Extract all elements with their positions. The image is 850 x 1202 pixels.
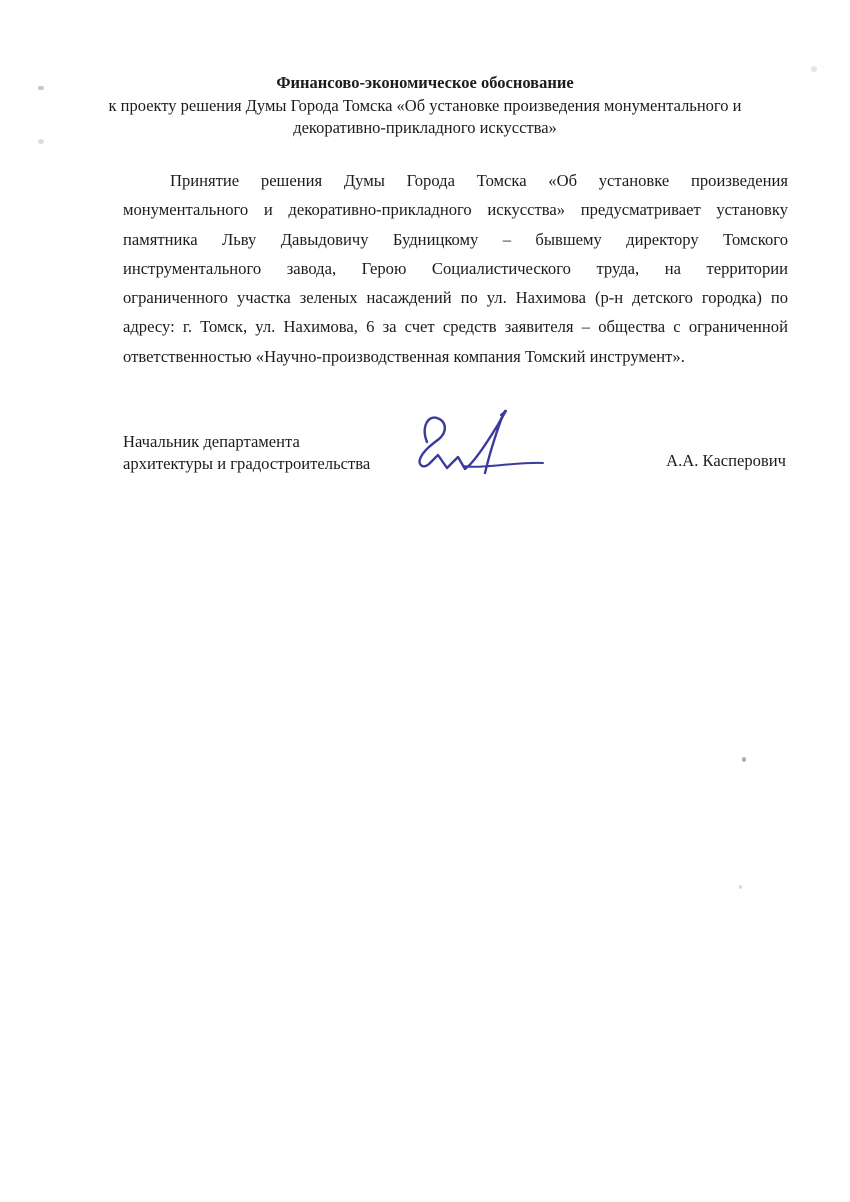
body-line: Принятие решения Думы Города Томска «Об …	[123, 166, 788, 195]
document-subtitle-line-2: декоративно-прикладного искусства»	[70, 117, 780, 140]
body-line: памятника Льву Давыдовичу Будницкому – б…	[123, 225, 788, 254]
scan-speck	[739, 885, 742, 889]
scan-speck	[38, 139, 44, 144]
document-subtitle-line-1: к проекту решения Думы Города Томска «Об…	[70, 95, 780, 118]
handwritten-signature-icon	[403, 398, 553, 490]
body-line: ограниченного участка зеленых насаждений…	[123, 283, 788, 312]
document-title: Финансово-экономическое обоснование	[70, 72, 780, 95]
body-line: адресу: г. Томск, ул. Нахимова, 6 за сче…	[123, 312, 788, 341]
scan-speck	[38, 86, 44, 90]
signer-name: А.А. Касперович	[666, 451, 786, 471]
body-line: инструментального завода, Герою Социалис…	[123, 254, 788, 283]
signer-position-line-1: Начальник департамента	[123, 431, 370, 453]
body-line: монументального и декоративно-прикладног…	[123, 195, 788, 224]
scan-speck	[742, 757, 746, 762]
signer-position-title: Начальник департамента архитектуры и гра…	[123, 431, 370, 475]
document-header: Финансово-экономическое обоснование к пр…	[70, 72, 780, 140]
document-body-paragraph: Принятие решения Думы Города Томска «Об …	[123, 166, 788, 371]
document-page: Финансово-экономическое обоснование к пр…	[0, 0, 850, 1202]
body-line: ответственностью «Научно-производственна…	[123, 342, 788, 371]
scan-speck	[811, 66, 817, 72]
signer-position-line-2: архитектуры и градостроительства	[123, 453, 370, 475]
